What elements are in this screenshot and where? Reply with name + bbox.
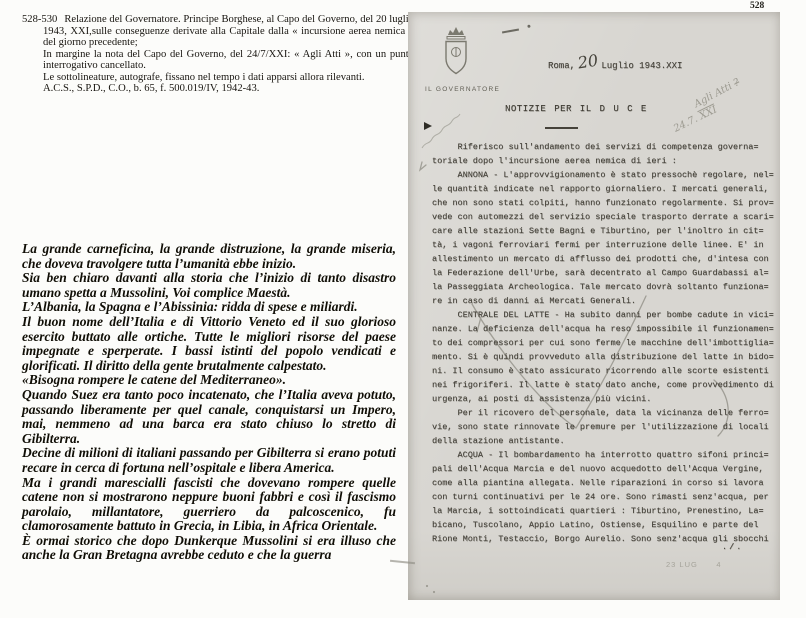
handwritten-note-day: 24.7. (672, 114, 700, 135)
cancelled-question-mark: ? (732, 77, 742, 89)
document-title: NOTIZIE PER IL D U C E (505, 104, 647, 114)
catalog-entry-lead-text: Relazione del Governatore. Principe Borg… (43, 14, 414, 48)
handwritten-note-agli-atti: Agli Atti ? (692, 77, 741, 110)
letterhead-office: IL GOVERNATORE (425, 86, 500, 93)
handwritten-note-date: 24.7. XXI (672, 104, 719, 134)
date-stamp: 23 LUG 4 (666, 560, 722, 569)
dateline-rest: Luglio 1943.XXI (601, 61, 682, 71)
pencil-small-mark (420, 162, 426, 170)
catalog-entry-lead-paragraph: 528-530Relazione del Governatore. Princi… (43, 14, 414, 49)
ink-arrow-mark (424, 122, 432, 130)
pen-dash-dot-mark (502, 29, 519, 34)
catalog-entry-notes: In margine la nota del Capo del Governo,… (43, 49, 414, 95)
pencil-dot (426, 585, 428, 587)
page-number: 528 (750, 1, 764, 11)
dateline: Roma,20Luglio 1943.XXI (548, 58, 682, 71)
governatorato-crest-icon (438, 25, 474, 86)
dateline-city: Roma, (548, 61, 575, 71)
transcription-text: La grande carneficina, la grande distruz… (22, 242, 396, 563)
catalog-entry-number: 528-530 (22, 14, 57, 25)
pencil-dot (433, 591, 435, 593)
document-scan: IL GOVERNATORE Roma,20Luglio 1943.XXI NO… (408, 12, 780, 600)
typed-body: Riferisco sull'andamento dei servizi di … (432, 140, 778, 546)
handwritten-day: 20 (577, 55, 599, 68)
title-underline (545, 127, 578, 129)
catalog-entry: 528-530Relazione del Governatore. Princi… (22, 14, 414, 95)
book-page: 528-530Relazione del Governatore. Princi… (0, 0, 806, 618)
continuation-mark: ./. (722, 542, 743, 552)
